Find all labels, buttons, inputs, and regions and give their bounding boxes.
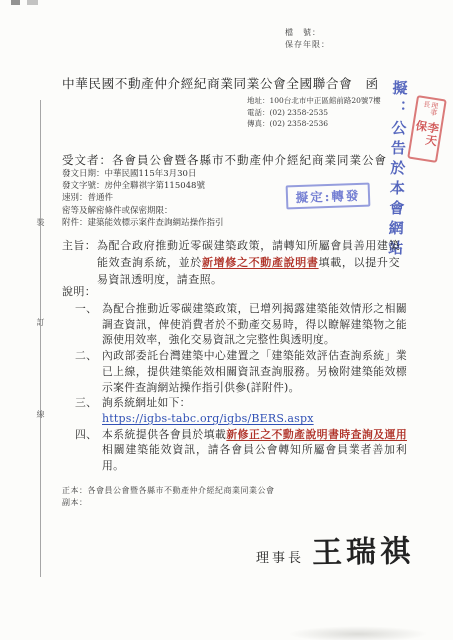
subject-highlight-text: 新增修之不動產說明書 xyxy=(202,256,319,269)
document-title: 中華民國不動產仲介經紀商業同業公會全國聯合會 函 xyxy=(62,73,379,92)
item-text: 詢系統網址如下：https://igbs-tabc.org/igbs/BERS.… xyxy=(102,395,407,426)
item-text-intro: 詢系統網址如下： xyxy=(102,396,191,409)
item-text: 為配合推動近零碳建築政策，已增列揭露建築能效情形之相關調查資訊，俾使消費者於不動… xyxy=(102,301,407,348)
scan-artifact xyxy=(11,0,20,5)
speed-line: 速別：普通件 xyxy=(62,192,224,204)
item-number: 一、 xyxy=(75,301,102,348)
issue-date-line: 發文日期：中華民國115年3月30日 xyxy=(62,168,224,180)
scan-shadow xyxy=(288,626,428,640)
binding-char-ding: 訂 xyxy=(33,317,48,328)
meta-block: 發文日期：中華民國115年3月30日 發文字號：房仲全聯祺字第115048號 速… xyxy=(62,168,224,229)
binding-line xyxy=(40,100,41,577)
stamp-name: 李天保 xyxy=(411,119,440,158)
phone-line: 電話：(02) 2358-2535 xyxy=(247,107,381,119)
contact-block: 地址：100台北市中正區館前路20號7樓 電話：(02) 2358-2535 傳… xyxy=(247,95,381,130)
file-number-block: 檔 號： 保存年限： xyxy=(285,27,330,51)
signature-block: 理事長 王瑞祺 xyxy=(256,527,414,571)
item-text-pre: 本系統提供各會員於填載 xyxy=(102,428,226,441)
retention-period-label: 保存年限： xyxy=(285,39,330,51)
system-url-link[interactable]: https://igbs-tabc.org/igbs/BERS.aspx xyxy=(102,412,314,425)
chairman-name-stamp: 理事長 李天保 xyxy=(407,95,447,163)
subject-label: 主旨： xyxy=(62,237,97,289)
item-text: 本系統提供各會員於填載新修正之不動產說明書時查詢及運用相關建築能效資訊，請各會員… xyxy=(102,427,407,474)
address-line: 地址：100台北市中正區館前路20號7樓 xyxy=(247,95,381,107)
recipient-line: 受文者：各會員公會暨各縣市不動產仲介經紀商業同業公會 xyxy=(62,152,387,168)
description-label: 說明： xyxy=(62,283,96,299)
signature-name: 王瑞祺 xyxy=(312,526,415,572)
attachment-line: 附件：建築能效標示案件查詢網站操作指引 xyxy=(62,217,224,229)
subject-text: 為配合政府推動近零碳建築政策，請轉知所屬會員善用建築能效查詢系統，並於新增修之不… xyxy=(97,237,400,289)
security-line: 密等及解密條件或保密期限： xyxy=(62,205,224,217)
item-number: 二、 xyxy=(75,348,102,395)
description-item-1: 一、 為配合推動近零碳建築政策，已增列揭露建築能效情形之相關調查資訊，俾使消費者… xyxy=(75,301,407,348)
signature-title: 理事長 xyxy=(256,547,304,571)
item-text-post: 相關建築能效資訊，請各會員公會轉知所屬會員業者善加利用。 xyxy=(102,443,407,472)
subject-section: 主旨： 為配合政府推動近零碳建築政策，請轉知所屬會員善用建築能效查詢系統，並於新… xyxy=(62,237,400,289)
binding-char-zhuang: 裝 xyxy=(33,217,48,228)
item-number: 四、 xyxy=(75,427,102,474)
file-number-label: 檔 號： xyxy=(285,27,330,39)
original-recipient-line: 正本：各會員公會暨各縣市不動產仲介經紀商業同業公會 xyxy=(62,485,275,496)
description-item-2: 二、 內政部委託台灣建築中心建置之「建築能效評估查詢系統」業已上線，提供建築能效… xyxy=(75,348,407,395)
fax-line: 傳真：(02) 2358-2536 xyxy=(247,118,381,130)
copy-recipient-line: 副本： xyxy=(62,497,88,508)
item-highlight-text: 新修正之不動產說明書時查詢及運用 xyxy=(226,428,407,441)
item-number: 三、 xyxy=(75,395,102,426)
item-text: 內政部委託台灣建築中心建置之「建築能效評估查詢系統」業已上線，提供建築能效相關資… xyxy=(102,348,407,395)
description-item-3: 三、 詢系統網址如下：https://igbs-tabc.org/igbs/BE… xyxy=(75,395,407,426)
stamp-title: 理事長 xyxy=(420,100,439,122)
description-items: 一、 為配合推動近零碳建築政策，已增列揭露建築能效情形之相關調查資訊，俾使消費者… xyxy=(75,301,407,474)
approval-stamp: 擬定:轉發 xyxy=(286,183,371,210)
binding-char-xian: 線 xyxy=(33,409,48,420)
description-item-4: 四、 本系統提供各會員於填載新修正之不動產說明書時查詢及運用相關建築能效資訊，請… xyxy=(75,427,407,474)
scan-artifact xyxy=(27,0,38,5)
doc-number-line: 發文字號：房仲全聯祺字第115048號 xyxy=(62,180,224,192)
